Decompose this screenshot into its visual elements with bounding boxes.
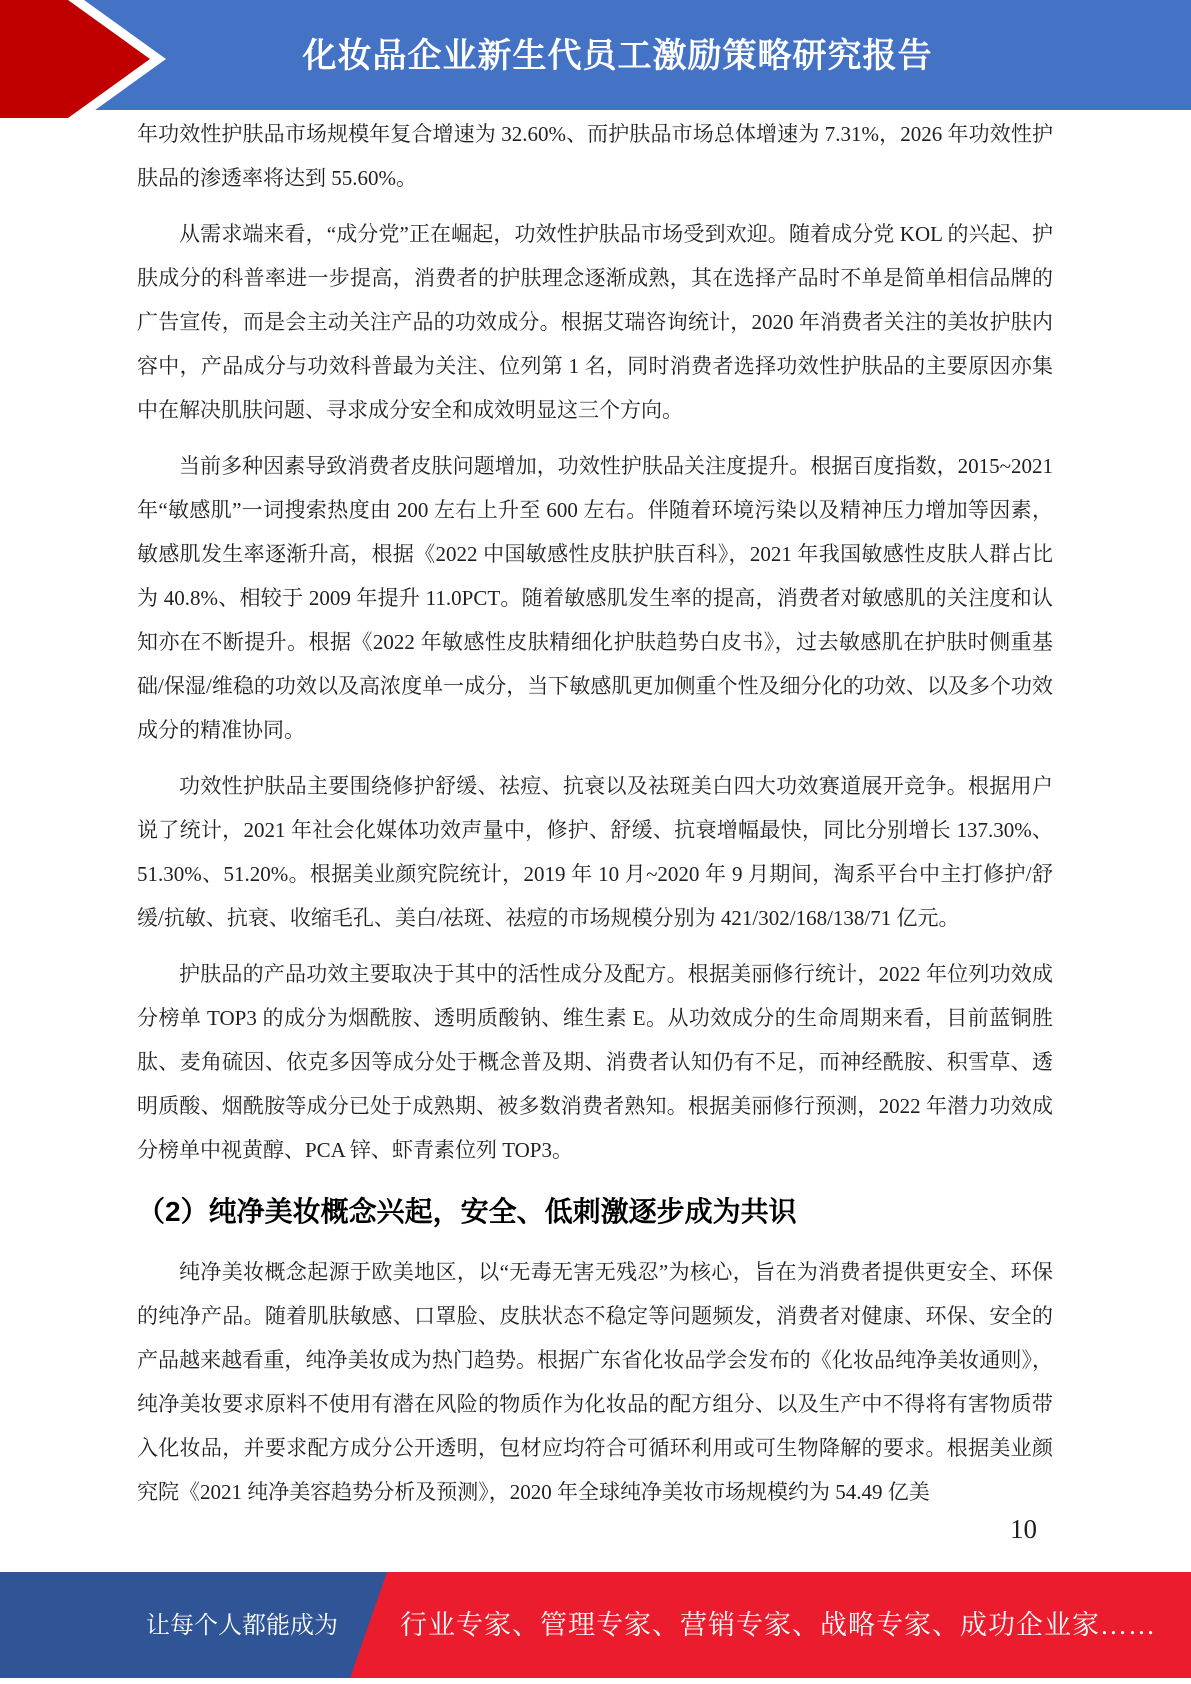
- red-arrow-icon: [0, 0, 180, 122]
- paragraph: 护肤品的产品功效主要取决于其中的活性成分及配方。根据美丽修行统计，2022 年位…: [137, 952, 1053, 1172]
- paragraph: 从需求端来看，“成分党”正在崛起，功效性护肤品市场受到欢迎。随着成分党 KOL …: [137, 212, 1053, 432]
- document-body: 年功效性护肤品市场规模年复合增速为 32.60%、而护肤品市场总体增速为 7.3…: [137, 112, 1053, 1526]
- footer-bottom-strip: [0, 1678, 1191, 1684]
- paragraph: 年功效性护肤品市场规模年复合增速为 32.60%、而护肤品市场总体增速为 7.3…: [137, 112, 1053, 200]
- footer-banner: 让每个人都能成为 行业专家、管理专家、营销专家、战略专家、成功企业家……: [0, 1572, 1191, 1678]
- section-heading: （2）纯净美妆概念兴起，安全、低刺激逐步成为共识: [137, 1190, 1053, 1234]
- report-page: 化妆品企业新生代员工激励策略研究报告 年功效性护肤品市场规模年复合增速为 32.…: [0, 0, 1191, 1684]
- paragraph: 纯净美妆概念起源于欧美地区，以“无毒无害无残忍”为核心，旨在为消费者提供更安全、…: [137, 1250, 1053, 1514]
- page-number: 10: [1010, 1512, 1037, 1546]
- footer-slogan-right: 行业专家、管理专家、营销专家、战略专家、成功企业家……: [400, 1608, 1156, 1642]
- paragraph: 功效性护肤品主要围绕修护舒缓、祛痘、抗衰以及祛斑美白四大功效赛道展开竞争。根据用…: [137, 764, 1053, 940]
- paragraph: 当前多种因素导致消费者皮肤问题增加，功效性护肤品关注度提升。根据百度指数，201…: [137, 444, 1053, 752]
- footer-slogan-left: 让每个人都能成为: [146, 1610, 338, 1642]
